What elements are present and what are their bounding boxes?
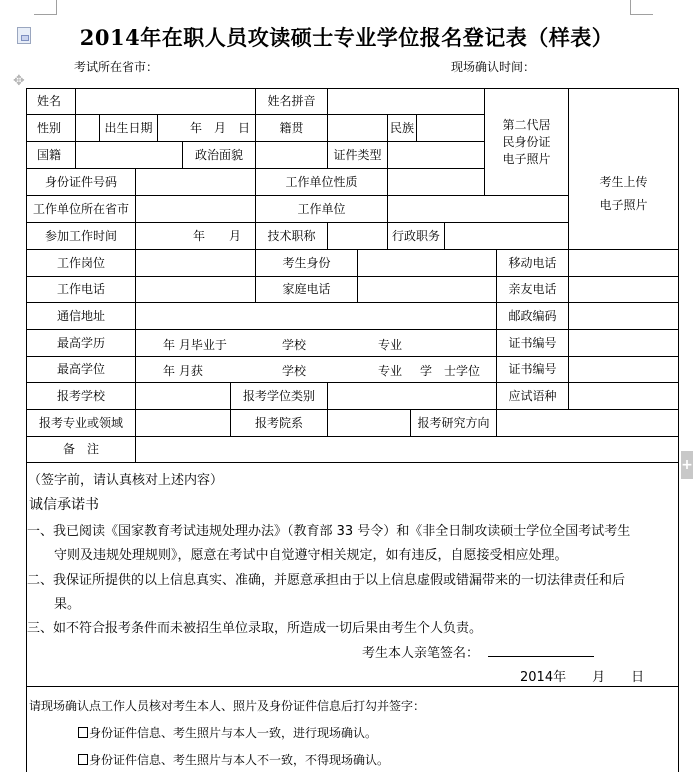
table-move-handle-icon[interactable]: ✥ <box>13 74 25 88</box>
apply-department-field[interactable] <box>327 409 411 437</box>
apply-school-label: 报考学校 <box>26 382 136 410</box>
onsite-confirm-time-label: 现场确认时间： <box>451 58 535 75</box>
work-start-field[interactable]: 年 月 <box>135 222 256 250</box>
highest-degree-school: 学校 <box>282 362 306 379</box>
employer-label: 工作单位 <box>255 195 388 223</box>
education-cert-number-field[interactable] <box>568 329 679 357</box>
apply-school-field[interactable] <box>135 382 231 410</box>
option-mismatch-label: 身份证件信息、考生照片与本人不一致，不得现场确认。 <box>89 753 389 767</box>
id-number-label: 身份证件号码 <box>26 168 136 196</box>
mobile-field[interactable] <box>568 249 679 277</box>
pledge-item-2-line-1: 二、我保证所提供的以上信息真实、准确，并愿意承担由于以上信息虚假或错漏带来的一切… <box>27 569 625 588</box>
job-position-field[interactable] <box>135 249 256 277</box>
home-phone-label: 家庭电话 <box>255 276 358 303</box>
tech-title-label: 技术职称 <box>255 222 328 250</box>
pledge-item-1-line-1: 一、我已阅读《国家教育考试违规处理办法》（教育部 33 号令）和《非全日制攻读硕… <box>27 520 630 539</box>
employer-province-field[interactable] <box>135 195 256 223</box>
postcode-label: 邮政编码 <box>496 302 569 330</box>
apply-degree-type-label: 报考学位类别 <box>230 382 328 410</box>
exam-language-label: 应试语种 <box>496 382 569 410</box>
pledge-note: （签字前，请认真核对上述内容） <box>28 469 223 488</box>
highest-education-major: 专业 <box>378 336 402 353</box>
pledge-item-2-line-2: 果。 <box>54 593 80 612</box>
upload-photo-box[interactable]: 考生上传 电子照片 <box>568 88 679 250</box>
address-field[interactable] <box>135 302 497 330</box>
work-phone-field[interactable] <box>135 276 256 303</box>
work-start-label: 参加工作时间 <box>26 222 136 250</box>
employer-province-label: 工作单位所在省市 <box>26 195 136 223</box>
id-card-photo-label: 第二代居民身份证电子照片 <box>503 117 551 168</box>
side-expand-icon[interactable]: + <box>681 451 693 479</box>
id-number-field[interactable] <box>135 168 256 196</box>
id-type-label: 证件类型 <box>327 141 388 169</box>
confirmation-option-mismatch[interactable]: 身份证件信息、考生照片与本人不一致，不得现场确认。 <box>78 751 389 768</box>
candidate-identity-label: 考生身份 <box>255 249 358 277</box>
relative-phone-field[interactable] <box>568 276 679 303</box>
highest-degree-type: 学 士学位 <box>420 362 480 379</box>
apply-degree-type-field[interactable] <box>327 382 497 410</box>
job-position-label: 工作岗位 <box>26 249 136 277</box>
pledge-heading: 诚信承诺书 <box>29 494 99 514</box>
upload-photo-label-line2: 电子照片 <box>569 197 678 214</box>
id-type-field[interactable] <box>387 141 485 169</box>
employer-field[interactable] <box>387 195 569 223</box>
remarks-label: 备 注 <box>26 436 136 463</box>
apply-research-label: 报考研究方向 <box>410 409 497 437</box>
checkbox-icon[interactable] <box>78 727 88 738</box>
highest-education-year-month: 年 月毕业于 <box>163 336 227 353</box>
remarks-field[interactable] <box>135 436 679 463</box>
ethnicity-label: 民族 <box>387 114 417 142</box>
signature-label: 考生本人亲笔签名： <box>362 642 479 661</box>
mobile-label: 移动电话 <box>496 249 569 277</box>
ethnicity-field[interactable] <box>416 114 485 142</box>
native-place-field[interactable] <box>327 114 388 142</box>
name-pinyin-field[interactable] <box>327 88 485 115</box>
admin-post-label: 行政职务 <box>387 222 445 250</box>
option-match-label: 身份证件信息、考生照片与本人一致，进行现场确认。 <box>89 726 377 740</box>
name-label: 姓名 <box>26 88 76 115</box>
candidate-identity-field[interactable] <box>357 249 497 277</box>
education-cert-number-label: 证书编号 <box>496 329 569 357</box>
degree-cert-number-label: 证书编号 <box>496 356 569 383</box>
signature-field[interactable] <box>488 656 594 657</box>
degree-cert-number-field[interactable] <box>568 356 679 383</box>
employer-nature-field[interactable] <box>387 168 485 196</box>
exam-language-field[interactable] <box>568 382 679 410</box>
checkbox-icon[interactable] <box>78 754 88 765</box>
highest-degree-major: 专业 <box>378 362 402 379</box>
name-pinyin-label: 姓名拼音 <box>255 88 328 115</box>
highest-education-label: 最高学历 <box>26 329 136 357</box>
work-phone-label: 工作电话 <box>26 276 136 303</box>
id-card-photo-box: 第二代居民身份证电子照片 <box>484 88 569 196</box>
political-status-label: 政治面貌 <box>182 141 256 169</box>
apply-department-label: 报考院系 <box>230 409 328 437</box>
highest-degree-year-month: 年 月获 <box>163 362 203 379</box>
confirmation-option-match[interactable]: 身份证件信息、考生照片与本人一致，进行现场确认。 <box>78 724 377 741</box>
page-corner-top-left <box>34 0 57 15</box>
apply-major-field[interactable] <box>135 409 231 437</box>
postcode-field[interactable] <box>568 302 679 330</box>
birth-date-field[interactable]: 年 月 日 <box>157 114 256 142</box>
apply-major-label: 报考专业或领域 <box>26 409 136 437</box>
employer-nature-label: 工作单位性质 <box>255 168 388 196</box>
admin-post-field[interactable] <box>444 222 569 250</box>
apply-research-field[interactable] <box>496 409 679 437</box>
confirmation-instruction: 请现场确认点工作人员核对考生本人、照片及身份证件信息后打勾并签字： <box>29 697 425 714</box>
page-corner-top-right <box>630 0 653 15</box>
tech-title-field[interactable] <box>327 222 388 250</box>
pledge-item-3: 三、如不符合报考条件而未被招生单位录取，所造成一切后果由考生个人负责。 <box>27 617 482 636</box>
birth-date-label: 出生日期 <box>99 114 158 142</box>
upload-photo-label-line1: 考生上传 <box>569 174 678 191</box>
nationality-field[interactable] <box>75 141 183 169</box>
home-phone-field[interactable] <box>357 276 497 303</box>
relative-phone-label: 亲友电话 <box>496 276 569 303</box>
native-place-label: 籍贯 <box>255 114 328 142</box>
political-status-field[interactable] <box>255 141 328 169</box>
pledge-date: 2014年 月 日 <box>520 666 644 685</box>
highest-education-school: 学校 <box>282 336 306 353</box>
gender-label: 性别 <box>26 114 76 142</box>
highest-degree-label: 最高学位 <box>26 356 136 383</box>
nationality-label: 国籍 <box>26 141 76 169</box>
pledge-item-1-line-2: 守则及违规处理规则》，愿意在考试中自觉遵守相关规定，如有违反，自愿接受相应处理。 <box>54 544 568 563</box>
name-field[interactable] <box>75 88 256 115</box>
address-label: 通信地址 <box>26 302 136 330</box>
exam-location-label: 考试所在省市： <box>74 58 158 75</box>
gender-field[interactable] <box>75 114 100 142</box>
page-title: 2014年在职人员攻读硕士专业学位报名登记表（样表） <box>0 22 693 52</box>
